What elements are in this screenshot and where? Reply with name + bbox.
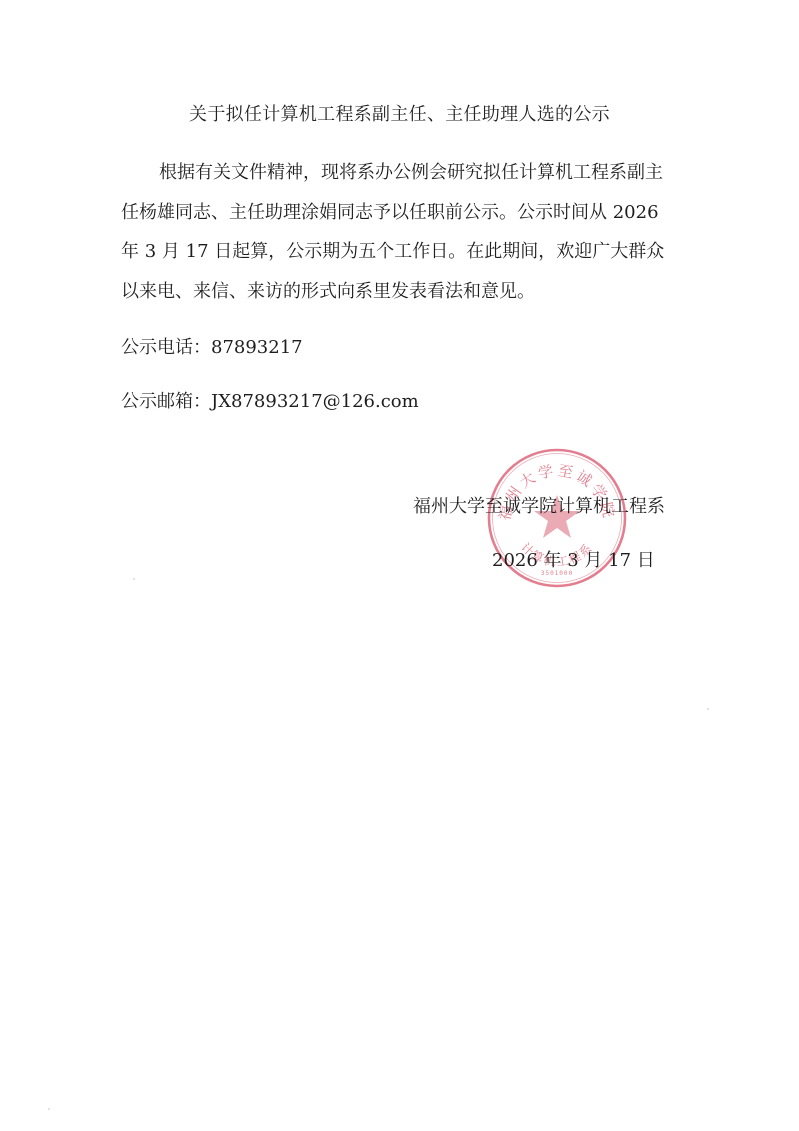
contact-email: 公示邮箱：JX87893217@126.com	[121, 390, 419, 414]
signature-date: 2026 年 3 月 17 日	[492, 549, 655, 573]
email-value: JX87893217@126.com	[211, 391, 419, 412]
phone-label: 公示电话：	[121, 337, 211, 358]
document-page: 关于拟任计算机工程系副主任、主任助理人选的公示 根据有关文件精神，现将系办公例会…	[0, 0, 799, 1131]
phone-value: 87893217	[211, 337, 303, 358]
body-line-3: 年 3 月 17 日起算，公示期为五个工作日。在此期间，欢迎广大群众	[121, 232, 691, 272]
scan-speck	[707, 708, 709, 710]
body-line-2: 任杨雄同志、主任助理涂娟同志予以任职前公示。公示时间从 2026	[121, 193, 691, 233]
signature-organization: 福州大学至诚学院计算机工程系	[413, 495, 665, 519]
contact-phone: 公示电话：87893217	[121, 336, 303, 360]
body-paragraph: 根据有关文件精神，现将系办公例会研究拟任计算机工程系副主 任杨雄同志、主任助理涂…	[121, 153, 691, 311]
body-line-4: 以来电、来信、来访的形式向系里发表看法和意见。	[121, 272, 691, 312]
scan-speck	[133, 578, 135, 580]
scan-speck	[48, 1108, 50, 1110]
email-label: 公示邮箱：	[121, 391, 211, 412]
body-line-1: 根据有关文件精神，现将系办公例会研究拟任计算机工程系副主	[121, 153, 691, 193]
document-title: 关于拟任计算机工程系副主任、主任助理人选的公示	[0, 103, 799, 127]
